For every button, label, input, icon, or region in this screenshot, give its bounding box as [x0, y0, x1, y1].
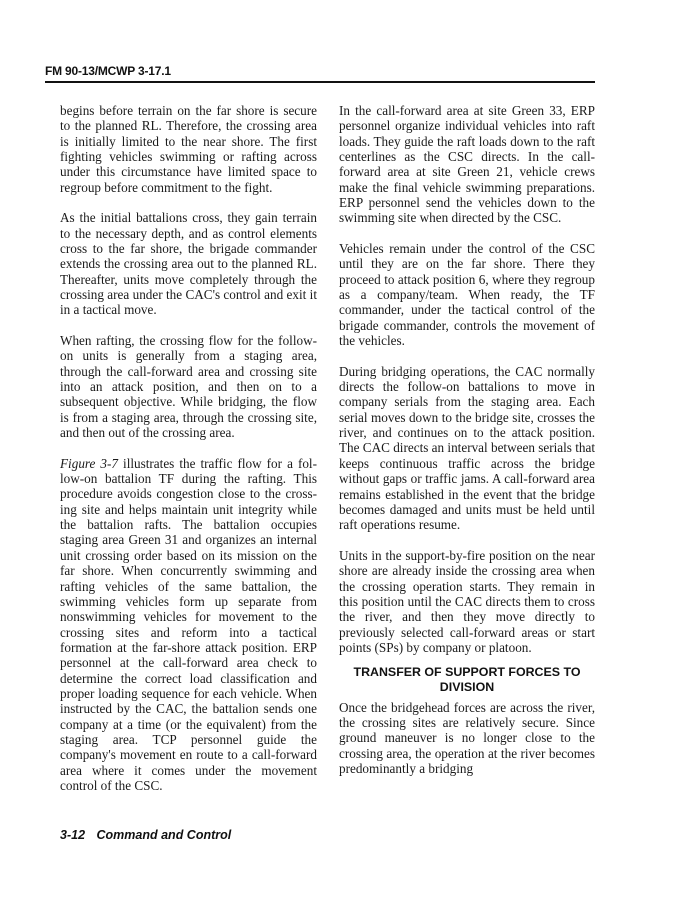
page-header: FM 90-13/MCWP 3-17.1 — [45, 62, 595, 83]
chapter-title: Command and Control — [97, 828, 232, 842]
figure-paragraph-text: illustrates the traffic flow for a fol­l… — [60, 456, 317, 793]
paragraph: begins before terrain on the far shore i… — [60, 103, 317, 195]
paragraph: When rafting, the crossing flow for the … — [60, 333, 317, 440]
right-column: In the call-forward area at site Green 3… — [339, 103, 595, 792]
page-number: 3-12 — [60, 828, 85, 842]
figure-reference-link[interactable]: Figure 3-7 — [60, 456, 118, 471]
paragraph: In the call-forward area at site Green 3… — [339, 103, 595, 226]
paragraph: During bridging operations, the CAC nor­… — [339, 364, 595, 533]
page-footer: 3-12 Command and Control — [60, 828, 231, 842]
left-column: begins before terrain on the far shore i… — [60, 103, 317, 809]
paragraph: As the initial battalions cross, they ga… — [60, 210, 317, 317]
paragraph: Units in the support-by-fire position on… — [339, 548, 595, 655]
figure-paragraph: Figure 3-7 illustrates the traffic flow … — [60, 456, 317, 794]
paragraph: Vehicles remain under the control of the… — [339, 241, 595, 348]
paragraph: Once the bridgehead forces are across th… — [339, 700, 595, 777]
document-id: FM 90-13/MCWP 3-17.1 — [45, 64, 171, 78]
section-heading: TRANSFER OF SUPPORT FORCES TO DIVISION — [339, 665, 595, 695]
